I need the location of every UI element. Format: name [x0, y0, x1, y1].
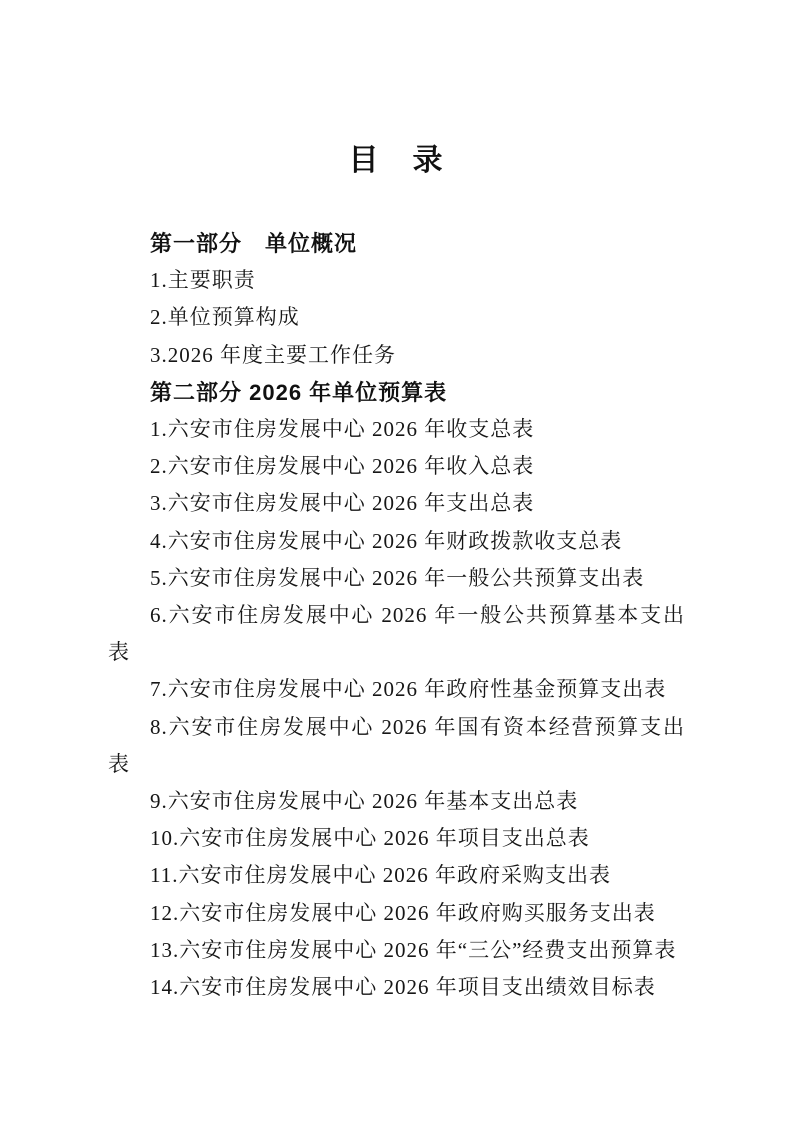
toc-item-part2-4: 4.六安市住房发展中心 2026 年财政拨款收支总表 [108, 523, 685, 560]
toc-item-part2-13: 13.六安市住房发展中心 2026 年“三公”经费支出预算表 [108, 932, 685, 969]
part2-heading: 第二部分 2026 年单位预算表 [108, 374, 685, 411]
toc-item-part2-14: 14.六安市住房发展中心 2026 年项目支出绩效目标表 [108, 969, 685, 1006]
document-page: 目 录 第一部分 单位概况 1.主要职责 2.单位预算构成 3.2026 年度主… [0, 0, 793, 1122]
toc-item-part2-2: 2.六安市住房发展中心 2026 年收入总表 [108, 448, 685, 485]
toc-item-part2-6-runover: 表 [108, 634, 685, 671]
part1-heading: 第一部分 单位概况 [108, 225, 685, 262]
document-title: 目 录 [108, 144, 685, 178]
toc-item-part2-7: 7.六安市住房发展中心 2026 年政府性基金预算支出表 [108, 671, 685, 708]
toc-item-part1-3: 3.2026 年度主要工作任务 [108, 337, 685, 374]
toc-item-part2-9: 9.六安市住房发展中心 2026 年基本支出总表 [108, 783, 685, 820]
toc-item-part2-8-runover: 表 [108, 746, 685, 783]
toc-item-part2-6: 6.六安市住房发展中心 2026 年一般公共预算基本支出 [108, 597, 685, 634]
toc-item-part2-11: 11.六安市住房发展中心 2026 年政府采购支出表 [108, 857, 685, 894]
toc-item-part1-2: 2.单位预算构成 [108, 299, 685, 336]
toc-item-part2-8: 8.六安市住房发展中心 2026 年国有资本经营预算支出 [108, 709, 685, 746]
toc-item-part1-1: 1.主要职责 [108, 262, 685, 299]
toc-item-part2-5: 5.六安市住房发展中心 2026 年一般公共预算支出表 [108, 560, 685, 597]
toc-item-part2-12: 12.六安市住房发展中心 2026 年政府购买服务支出表 [108, 895, 685, 932]
table-of-contents: 第一部分 单位概况 1.主要职责 2.单位预算构成 3.2026 年度主要工作任… [108, 225, 685, 1006]
toc-item-part2-1: 1.六安市住房发展中心 2026 年收支总表 [108, 411, 685, 448]
toc-item-part2-10: 10.六安市住房发展中心 2026 年项目支出总表 [108, 820, 685, 857]
toc-item-part2-3: 3.六安市住房发展中心 2026 年支出总表 [108, 485, 685, 522]
